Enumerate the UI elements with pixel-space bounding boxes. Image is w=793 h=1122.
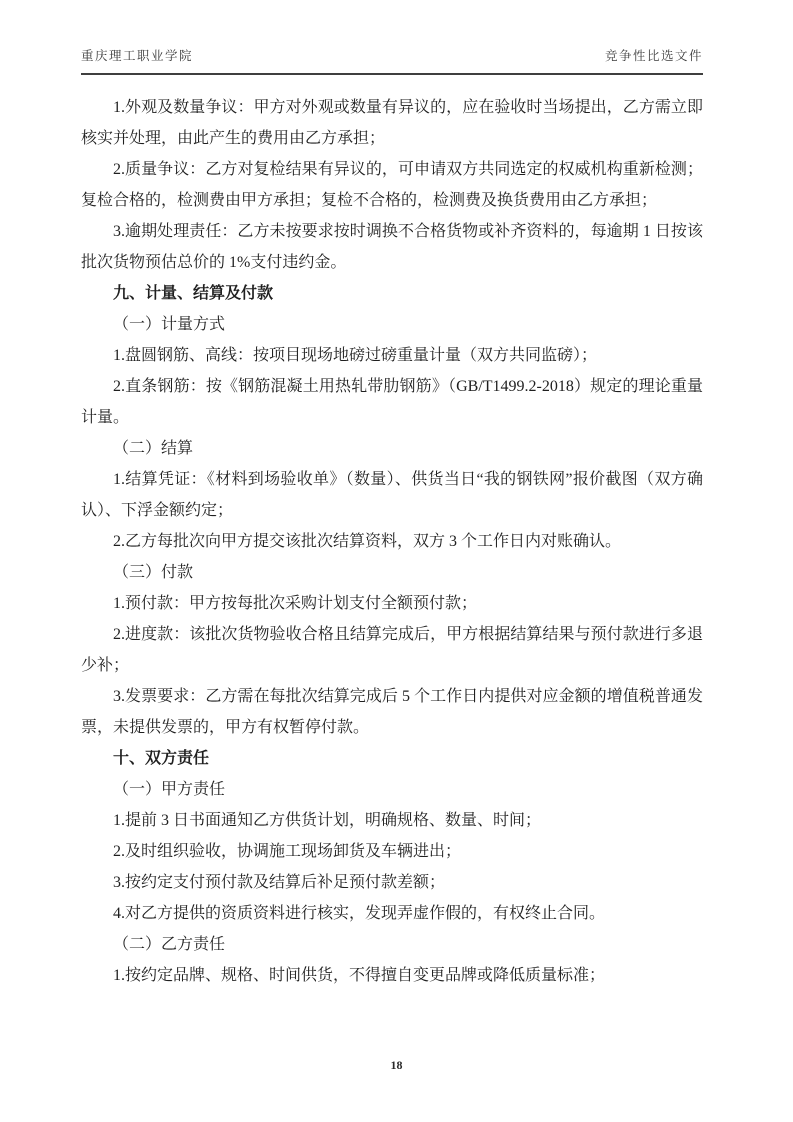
page-footer: 18 xyxy=(0,1058,793,1073)
paragraph: 1.结算凭证：《材料到场验收单》（数量）、供货当日“我的钢铁网”报价截图（双方确… xyxy=(81,464,703,526)
paragraph: （三）付款 xyxy=(81,557,703,588)
paragraph: 十、双方责任 xyxy=(81,743,703,774)
paragraph: 2.直条钢筋：按《钢筋混凝土用热轧带肋钢筋》（GB/T1499.2-2018）规… xyxy=(81,371,703,433)
paragraph: 1.预付款：甲方按每批次采购计划支付全额预付款； xyxy=(81,588,703,619)
paragraph: 1.按约定品牌、规格、时间供货，不得擅自变更品牌或降低质量标准； xyxy=(81,960,703,991)
paragraph: 九、计量、结算及付款 xyxy=(81,278,703,309)
paragraph: 2.进度款：该批次货物验收合格且结算完成后，甲方根据结算结果与预付款进行多退少补… xyxy=(81,619,703,681)
paragraph: （一）甲方责任 xyxy=(81,774,703,805)
page-header: 重庆理工职业学院 竞争性比选文件 xyxy=(81,46,703,75)
paragraph: 1.提前 3 日书面通知乙方供货计划，明确规格、数量、时间； xyxy=(81,805,703,836)
paragraph: 4.对乙方提供的资质资料进行核实，发现弄虚作假的，有权终止合同。 xyxy=(81,898,703,929)
header-right-text: 竞争性比选文件 xyxy=(605,46,703,64)
paragraph: （一）计量方式 xyxy=(81,309,703,340)
header-left-text: 重庆理工职业学院 xyxy=(81,46,193,64)
paragraph: 2.质量争议：乙方对复检结果有异议的，可申请双方共同选定的权威机构重新检测；复检… xyxy=(81,154,703,216)
page-number: 18 xyxy=(391,1058,403,1072)
paragraph: （二）结算 xyxy=(81,433,703,464)
paragraph: （二）乙方责任 xyxy=(81,929,703,960)
paragraph: 3.发票要求：乙方需在每批次结算完成后 5 个工作日内提供对应金额的增值税普通发… xyxy=(81,681,703,743)
paragraph: 1.盘圆钢筋、高线：按项目现场地磅过磅重量计量（双方共同监磅）； xyxy=(81,340,703,371)
paragraph: 3.逾期处理责任：乙方未按要求按时调换不合格货物或补齐资料的，每逾期 1 日按该… xyxy=(81,216,703,278)
document-page: 重庆理工职业学院 竞争性比选文件 1.外观及数量争议：甲方对外观或数量有异议的，… xyxy=(0,0,793,1122)
paragraph: 1.外观及数量争议：甲方对外观或数量有异议的，应在验收时当场提出，乙方需立即核实… xyxy=(81,92,703,154)
paragraph: 2.及时组织验收，协调施工现场卸货及车辆进出； xyxy=(81,836,703,867)
paragraph: 3.按约定支付预付款及结算后补足预付款差额； xyxy=(81,867,703,898)
document-body: 1.外观及数量争议：甲方对外观或数量有异议的，应在验收时当场提出，乙方需立即核实… xyxy=(81,92,703,991)
paragraph: 2.乙方每批次向甲方提交该批次结算资料，双方 3 个工作日内对账确认。 xyxy=(81,526,703,557)
